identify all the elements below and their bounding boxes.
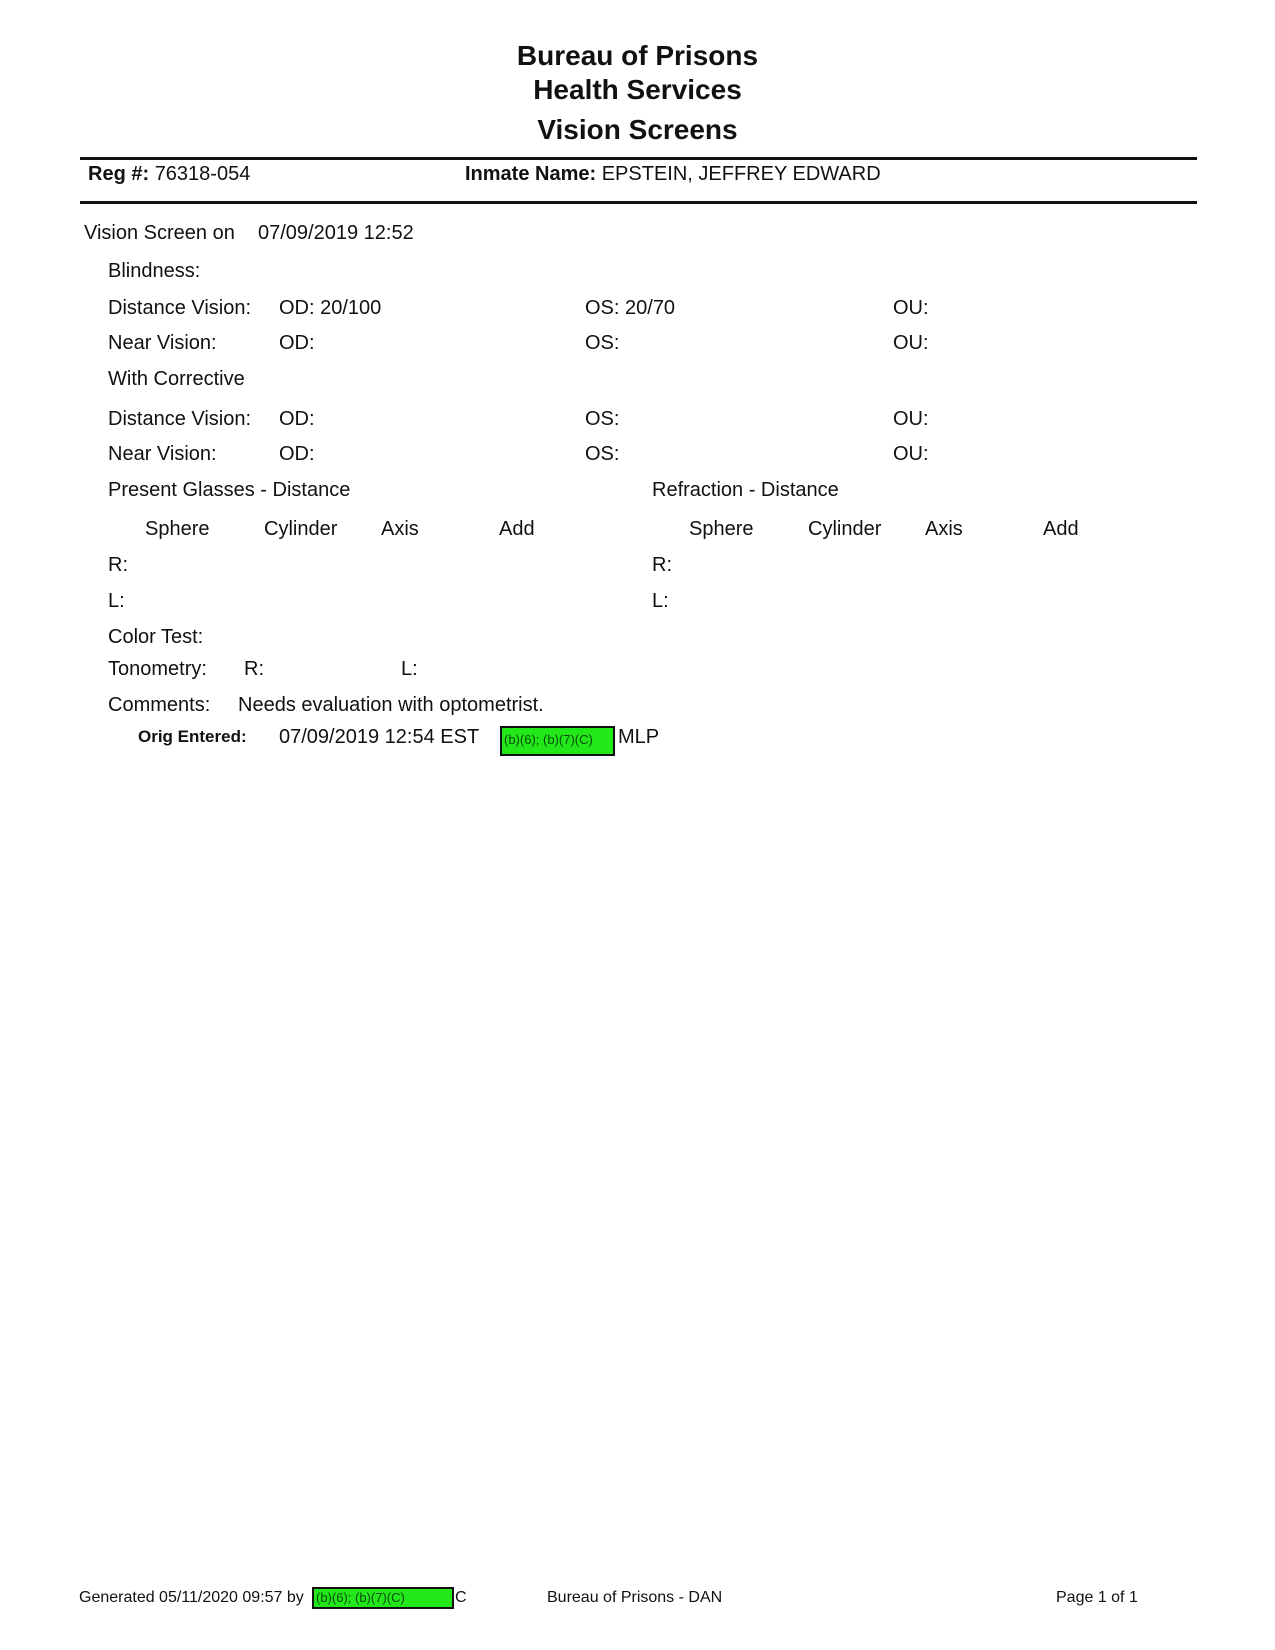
inmate-name-value: EPSTEIN, JEFFREY EDWARD [602, 163, 881, 185]
tonometry-r: R: [244, 658, 264, 681]
corrected-distance-os: OS: [585, 408, 619, 431]
orig-entered-label: Orig Entered: [138, 727, 247, 747]
page-number: Page 1 of 1 [1056, 1589, 1138, 1607]
reg-number: Reg #: 76318-054 [88, 163, 250, 186]
rf-col-axis: Axis [925, 518, 963, 541]
pg-col-add: Add [499, 518, 535, 541]
near-ou: OU: [893, 332, 929, 355]
document-subtitle: Health Services [0, 74, 1275, 106]
distance-os: OS: 20/70 [585, 297, 675, 320]
near-od: OD: [279, 332, 315, 355]
near-os: OS: [585, 332, 619, 355]
rf-col-cylinder: Cylinder [808, 518, 881, 541]
footer-generated-suffix: C [455, 1589, 467, 1607]
reg-value: 76318-054 [155, 163, 251, 185]
header-top-rule [80, 157, 1197, 160]
rf-col-sphere: Sphere [689, 518, 754, 541]
footer-center: Bureau of Prisons - DAN [547, 1589, 722, 1607]
pg-row-r: R: [108, 554, 128, 577]
inmate-name-label: Inmate Name: [465, 163, 596, 185]
footer-generated: Generated 05/11/2020 09:57 by [79, 1589, 304, 1607]
footer-redaction-box: (b)(6); (b)(7)(C) [312, 1587, 454, 1609]
screen-datetime: 07/09/2019 12:52 [258, 222, 414, 245]
pg-col-sphere: Sphere [145, 518, 210, 541]
corrected-near-ou: OU: [893, 443, 929, 466]
distance-od: OD: 20/100 [279, 297, 381, 320]
corrected-near-os: OS: [585, 443, 619, 466]
header-bottom-rule [80, 201, 1197, 204]
inmate-name: Inmate Name: EPSTEIN, JEFFREY EDWARD [465, 163, 881, 186]
form-title: Vision Screens [0, 114, 1275, 146]
with-corrective-label: With Corrective [108, 368, 245, 391]
rf-col-add: Add [1043, 518, 1079, 541]
pg-row-l: L: [108, 590, 125, 613]
orig-entered-value: 07/09/2019 12:54 EST [279, 726, 479, 749]
near-vision-label: Near Vision: [108, 332, 217, 355]
document-title: Bureau of Prisons [0, 40, 1275, 72]
tonometry-label: Tonometry: [108, 658, 207, 681]
distance-vision-label: Distance Vision: [108, 297, 251, 320]
present-glasses-title: Present Glasses - Distance [108, 479, 350, 502]
distance-ou: OU: [893, 297, 929, 320]
rf-row-r: R: [652, 554, 672, 577]
redaction-box: (b)(6); (b)(7)(C) [500, 726, 615, 756]
corrected-distance-od: OD: [279, 408, 315, 431]
corrected-near-label: Near Vision: [108, 443, 217, 466]
corrected-near-od: OD: [279, 443, 315, 466]
comments-label: Comments: [108, 694, 210, 717]
color-test-label: Color Test: [108, 626, 203, 649]
tonometry-l: L: [401, 658, 418, 681]
corrected-distance-ou: OU: [893, 408, 929, 431]
blindness-label: Blindness: [108, 260, 200, 283]
screen-label: Vision Screen on [84, 222, 235, 245]
pg-col-cylinder: Cylinder [264, 518, 337, 541]
reg-label: Reg #: [88, 163, 149, 185]
refraction-title: Refraction - Distance [652, 479, 839, 502]
rf-row-l: L: [652, 590, 669, 613]
comments-value: Needs evaluation with optometrist. [238, 694, 544, 717]
orig-entered-suffix: MLP [618, 726, 659, 749]
pg-col-axis: Axis [381, 518, 419, 541]
corrected-distance-label: Distance Vision: [108, 408, 251, 431]
